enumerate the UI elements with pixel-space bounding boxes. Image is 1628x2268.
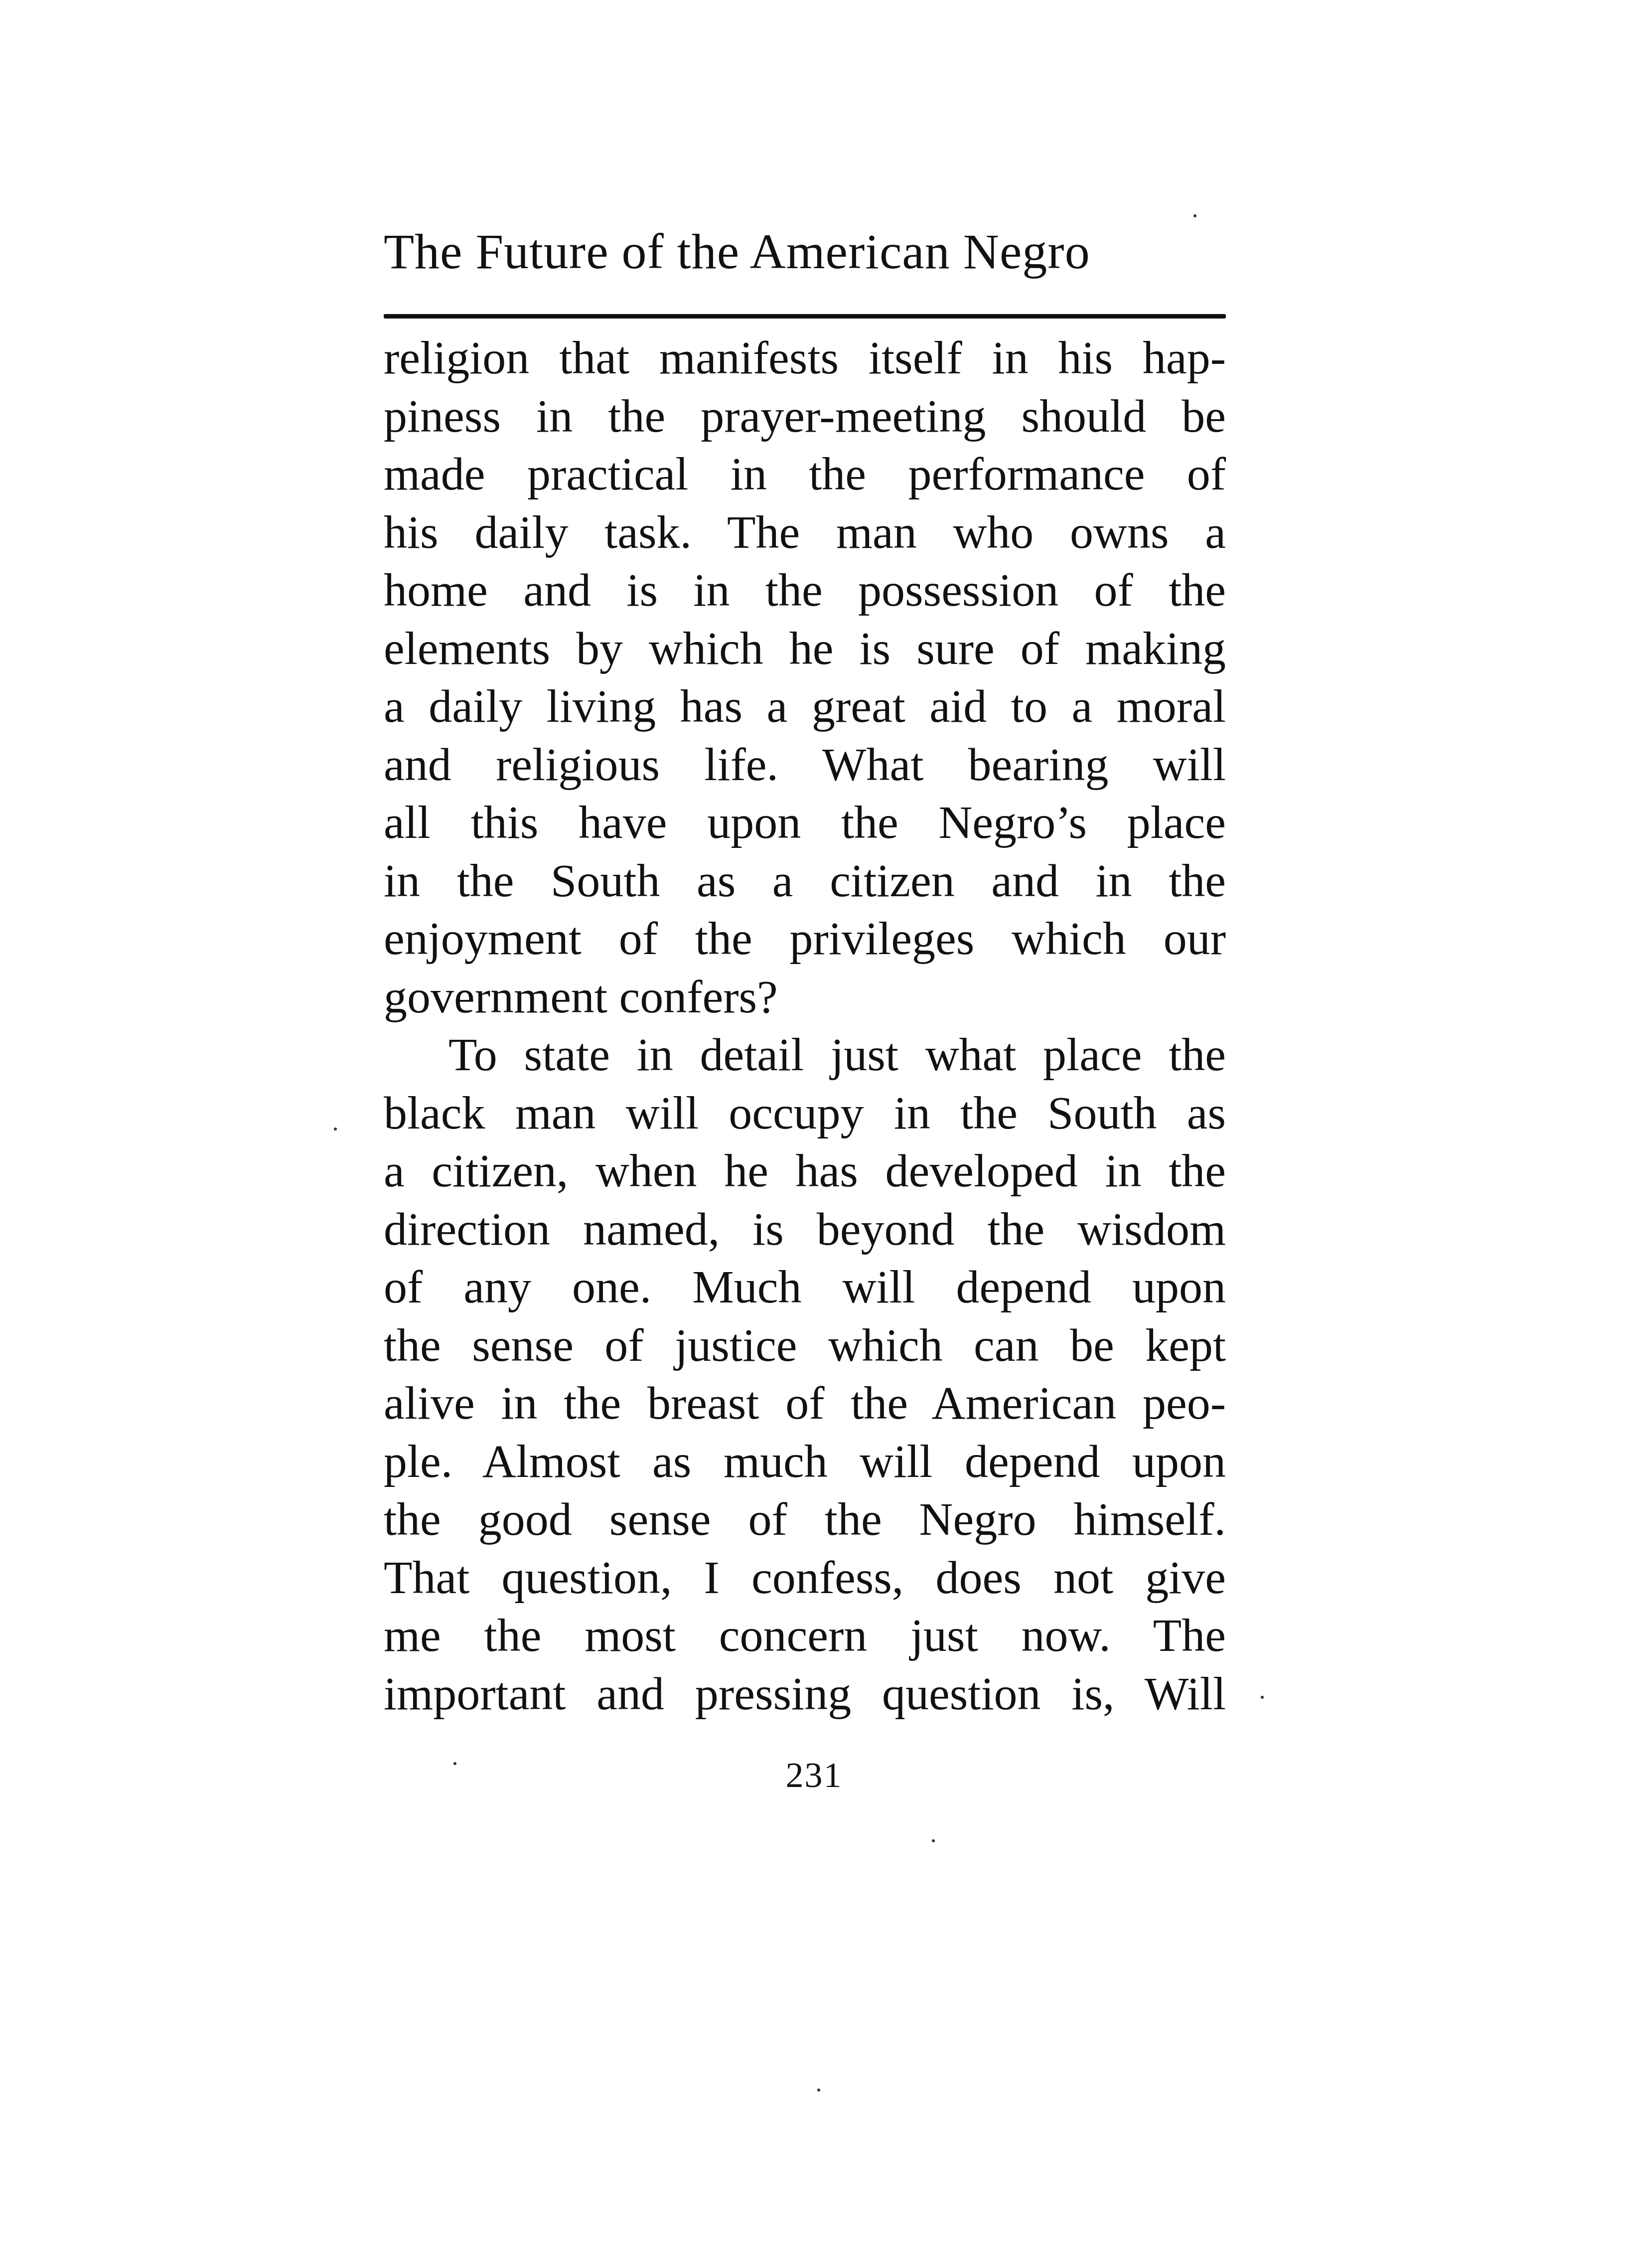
text-line: elements by which he is sure of making xyxy=(384,620,1226,678)
scan-speck xyxy=(1261,1696,1264,1699)
scan-speck xyxy=(453,1762,456,1765)
header-rule xyxy=(384,314,1226,319)
text-line: his daily task. The man who owns a xyxy=(384,503,1226,562)
running-head: The Future of the American Negro xyxy=(384,219,1226,284)
text-line: To state in detail just what place the xyxy=(384,1026,1226,1084)
text-line: the good sense of the Negro himself. xyxy=(384,1490,1226,1549)
scan-speck xyxy=(1193,214,1196,217)
text-line: the sense of justice which can be kept xyxy=(384,1316,1226,1375)
scan-speck xyxy=(334,1128,337,1131)
text-line: important and pressing question is, Will xyxy=(384,1665,1226,1723)
body-text: religion that manifests itself in his ha… xyxy=(384,329,1226,1723)
page-number: 231 xyxy=(0,1755,1628,1796)
text-line: religion that manifests itself in his ha… xyxy=(384,329,1226,387)
text-line: a daily living has a great aid to a mora… xyxy=(384,677,1226,736)
text-line: alive in the breast of the American peo- xyxy=(384,1374,1226,1433)
text-line: and religious life. What bearing will xyxy=(384,736,1226,794)
text-line: government confers? xyxy=(384,968,1226,1026)
text-line: direction named, is beyond the wisdom xyxy=(384,1200,1226,1259)
scan-speck xyxy=(817,2089,820,2092)
text-line: That question, I confess, does not give xyxy=(384,1549,1226,1607)
text-line: me the most concern just now. The xyxy=(384,1607,1226,1665)
text-line: enjoyment of the privileges which our xyxy=(384,910,1226,968)
text-line: all this have upon the Negro’s place xyxy=(384,794,1226,852)
text-line: ple. Almost as much will depend upon xyxy=(384,1433,1226,1491)
text-line: black man will occupy in the South as xyxy=(384,1084,1226,1142)
text-line: in the South as a citizen and in the xyxy=(384,852,1226,910)
text-line: piness in the prayer-meeting should be xyxy=(384,387,1226,446)
text-line: a citizen, when he has developed in the xyxy=(384,1142,1226,1200)
scan-speck xyxy=(932,1839,935,1842)
text-line: of any one. Much will depend upon xyxy=(384,1258,1226,1316)
text-line: made practical in the performance of xyxy=(384,445,1226,503)
text-line: home and is in the possession of the xyxy=(384,561,1226,620)
